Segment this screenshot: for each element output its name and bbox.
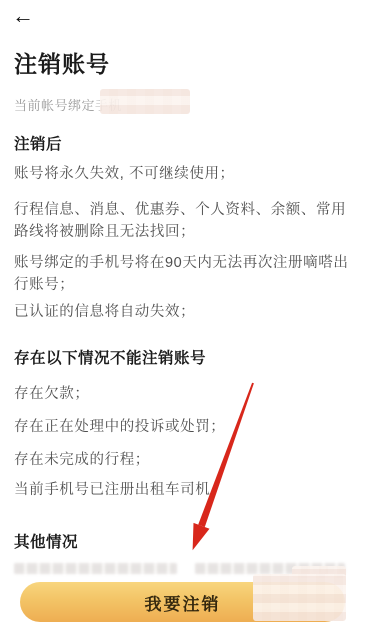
watermark-redaction-overlay	[253, 574, 346, 621]
page-title: 注销账号	[14, 46, 352, 79]
page-content: 注销账号 当前帐号绑定手机 注销后 账号将永久失效, 不可继续使用； 行程信息、…	[0, 46, 366, 574]
blocking-condition-item: 当前手机号已注册出租车司机。	[14, 479, 352, 501]
blocking-condition-item: 存在正在处理中的投诉或处罚；	[14, 416, 352, 438]
blocking-condition-item: 存在欠款；	[14, 383, 352, 405]
faded-text-fragment	[14, 563, 177, 574]
deletion-consequence-item: 已认证的信息将自动失效；	[14, 301, 352, 323]
account-deletion-screen: ← 注销账号 当前帐号绑定手机 注销后 账号将永久失效, 不可继续使用； 行程信…	[0, 0, 366, 628]
app-bar: ←	[0, 0, 366, 30]
section-heading-other-cases: 其他情况	[14, 533, 352, 553]
phone-number-redaction-overlay	[100, 89, 190, 114]
deletion-consequence-item: 账号绑定的手机号将在90天内无法再次注册嘀嗒出行账号；	[14, 252, 352, 296]
section-heading-after-deletion: 注销后	[14, 135, 352, 155]
back-arrow-icon[interactable]: ←	[12, 4, 34, 28]
deletion-consequence-item: 账号将永久失效, 不可继续使用；	[14, 163, 352, 185]
deletion-consequence-item: 行程信息、消息、优惠券、个人资料、余额、常用路线将被删除且无法找回；	[14, 199, 352, 243]
section-heading-blocking-conditions: 存在以下情况不能注销账号	[14, 349, 352, 369]
blocking-condition-item: 存在未完成的行程；	[14, 449, 352, 471]
